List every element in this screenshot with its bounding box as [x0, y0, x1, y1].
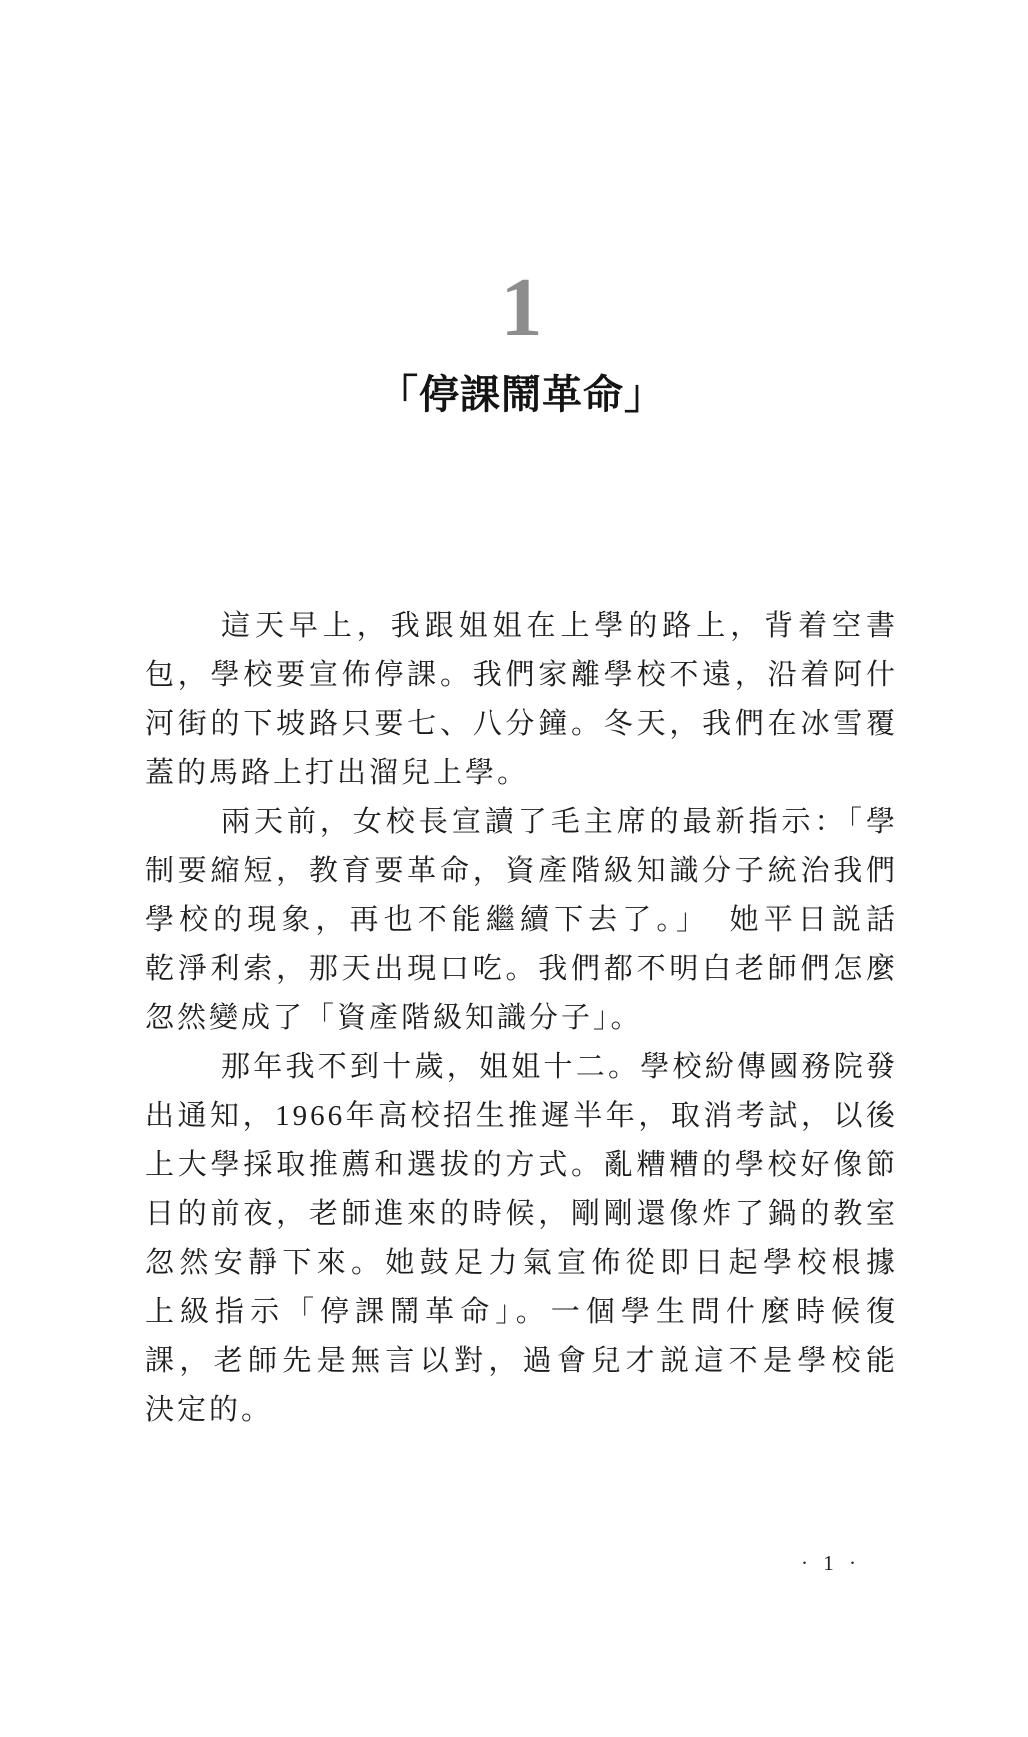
body-line: 決定的。: [145, 1386, 898, 1435]
body-line: 蓋的馬路上打出溜兒上學。: [145, 749, 898, 798]
body-line: 乾淨利索，那天出現口吃。我們都不明白老師們怎麼: [145, 945, 898, 994]
body-line: 課，老師先是無言以對，過會兒才説這不是學校能: [145, 1337, 898, 1386]
body-line: 那年我不到十歲，姐姐十二。學校紛傳國務院發: [145, 1043, 898, 1092]
page-number: · 1 ·: [145, 1551, 898, 1576]
body-line: 上級指示「停課鬧革命」。一個學生問什麼時候復: [145, 1288, 898, 1337]
body-text: 這天早上，我跟姐姐在上學的路上，背着空書 包，學校要宣佈停課。我們家離學校不遠，…: [145, 602, 898, 1435]
body-line: 河街的下坡路只要七、八分鐘。冬天，我們在冰雪覆: [145, 700, 898, 749]
body-line: 包，學校要宣佈停課。我們家離學校不遠，沿着阿什: [145, 651, 898, 700]
body-line: 忽然安靜下來。她鼓足力氣宣佈從即日起學校根據: [145, 1239, 898, 1288]
body-line: 兩天前，女校長宣讀了毛主席的最新指示：「學: [145, 798, 898, 847]
chapter-number: 1: [145, 266, 898, 350]
body-line: 出通知，1966年高校招生推遲半年，取消考試，以後: [145, 1092, 898, 1141]
body-line: 學校的現象，再也不能繼續下去了。」 她平日説話: [145, 896, 898, 945]
chapter-title: 「停課鬧革命」: [145, 372, 898, 418]
body-line: 上大學採取推薦和選拔的方式。亂糟糟的學校好像節: [145, 1141, 898, 1190]
body-line: 日的前夜，老師進來的時候，剛剛還像炸了鍋的教室: [145, 1190, 898, 1239]
body-line: 這天早上，我跟姐姐在上學的路上，背着空書: [145, 602, 898, 651]
book-page: 1 「停課鬧革命」 這天早上，我跟姐姐在上學的路上，背着空書 包，學校要宣佈停課…: [0, 0, 1028, 1737]
body-line: 制要縮短，教育要革命，資產階級知識分子統治我們: [145, 847, 898, 896]
body-line: 忽然變成了「資產階級知識分子」。: [145, 994, 898, 1043]
